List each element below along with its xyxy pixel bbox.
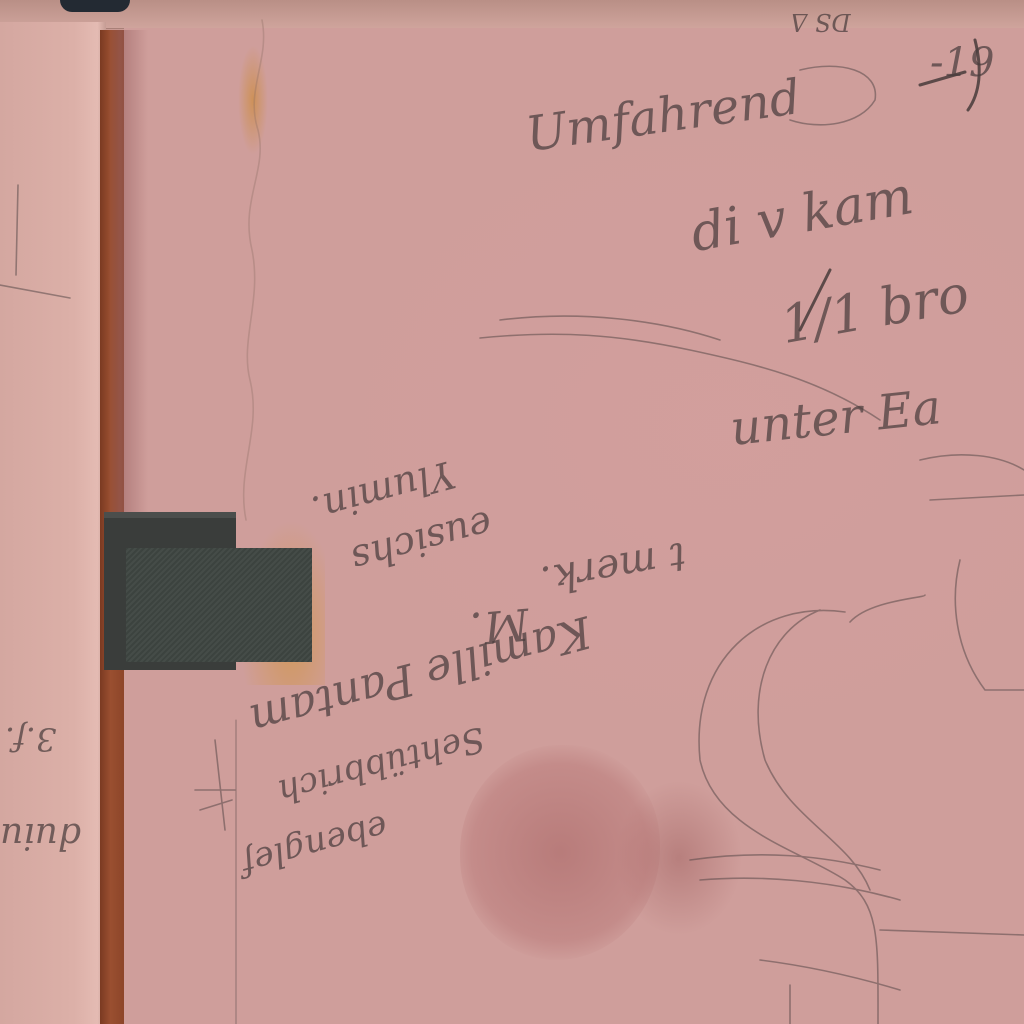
pencil-sketch-lines (0, 0, 1024, 1024)
archive-label: DS Δ (790, 8, 851, 36)
left-leaf-note-1: 3.f. (5, 720, 56, 758)
top-right-mark: -19 (930, 40, 994, 86)
left-leaf-note-2: duiu (0, 815, 81, 856)
